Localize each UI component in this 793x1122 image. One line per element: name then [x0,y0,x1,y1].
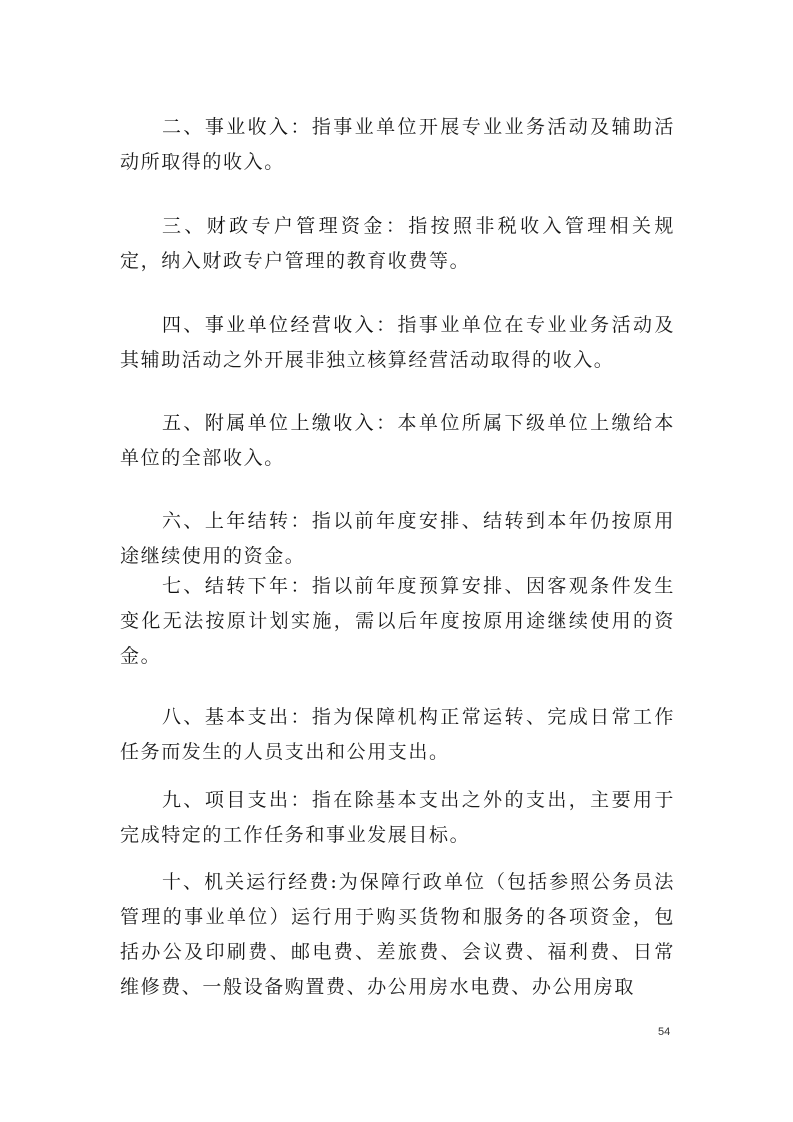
document-page: 二、事业收入：指事业单位开展专业业务活动及辅助活动所取得的收入。 三、财政专户管… [0,0,793,1122]
paragraph-term: 九、项目支出： [162,789,312,811]
paragraph-term: 三、财政专户管理资金： [162,215,408,237]
paragraph-prior-year-carryover: 六、上年结转：指以前年度安排、结转到本年仍按原用途继续使用的资金。 [120,504,675,574]
paragraph-next-year-carryover: 七、结转下年：指以前年度预算安排、因客观条件发生变化无法按原计划实施，需以后年度… [120,569,675,674]
paragraph-term: 六、上年结转： [162,510,312,532]
paragraph-term: 四、事业单位经营收入： [162,314,398,336]
page-number: 54 [658,1026,670,1038]
paragraph-operating-income: 四、事业单位经营收入：指事业单位在专业业务活动及其辅助活动之外开展非独立核算经营… [120,308,675,378]
paragraph-term: 五、附属单位上缴收入： [162,412,398,434]
paragraph-agency-operating-funds: 十、机关运行经费:为保障行政单位（包括参照公务员法管理的事业单位）运行用于购买货… [120,865,675,1005]
paragraph-subsidiary-income: 五、附属单位上缴收入：本单位所属下级单位上缴给本单位的全部收入。 [120,406,675,476]
paragraph-project-expenditure: 九、项目支出：指在除基本支出之外的支出，主要用于完成特定的工作任务和事业发展目标… [120,783,675,853]
paragraph-business-income: 二、事业收入：指事业单位开展专业业务活动及辅助活动所取得的收入。 [120,110,675,180]
paragraph-special-account-funds: 三、财政专户管理资金：指按照非税收入管理相关规定，纳入财政专户管理的教育收费等。 [120,209,675,279]
paragraph-basic-expenditure: 八、基本支出：指为保障机构正常运转、完成日常工作任务而发生的人员支出和公用支出。 [120,700,675,770]
paragraph-term: 八、基本支出： [162,706,312,728]
paragraph-term: 二、事业收入： [162,116,312,138]
paragraph-term: 七、结转下年： [162,575,312,597]
paragraph-term: 十、机关运行经费: [162,871,338,893]
